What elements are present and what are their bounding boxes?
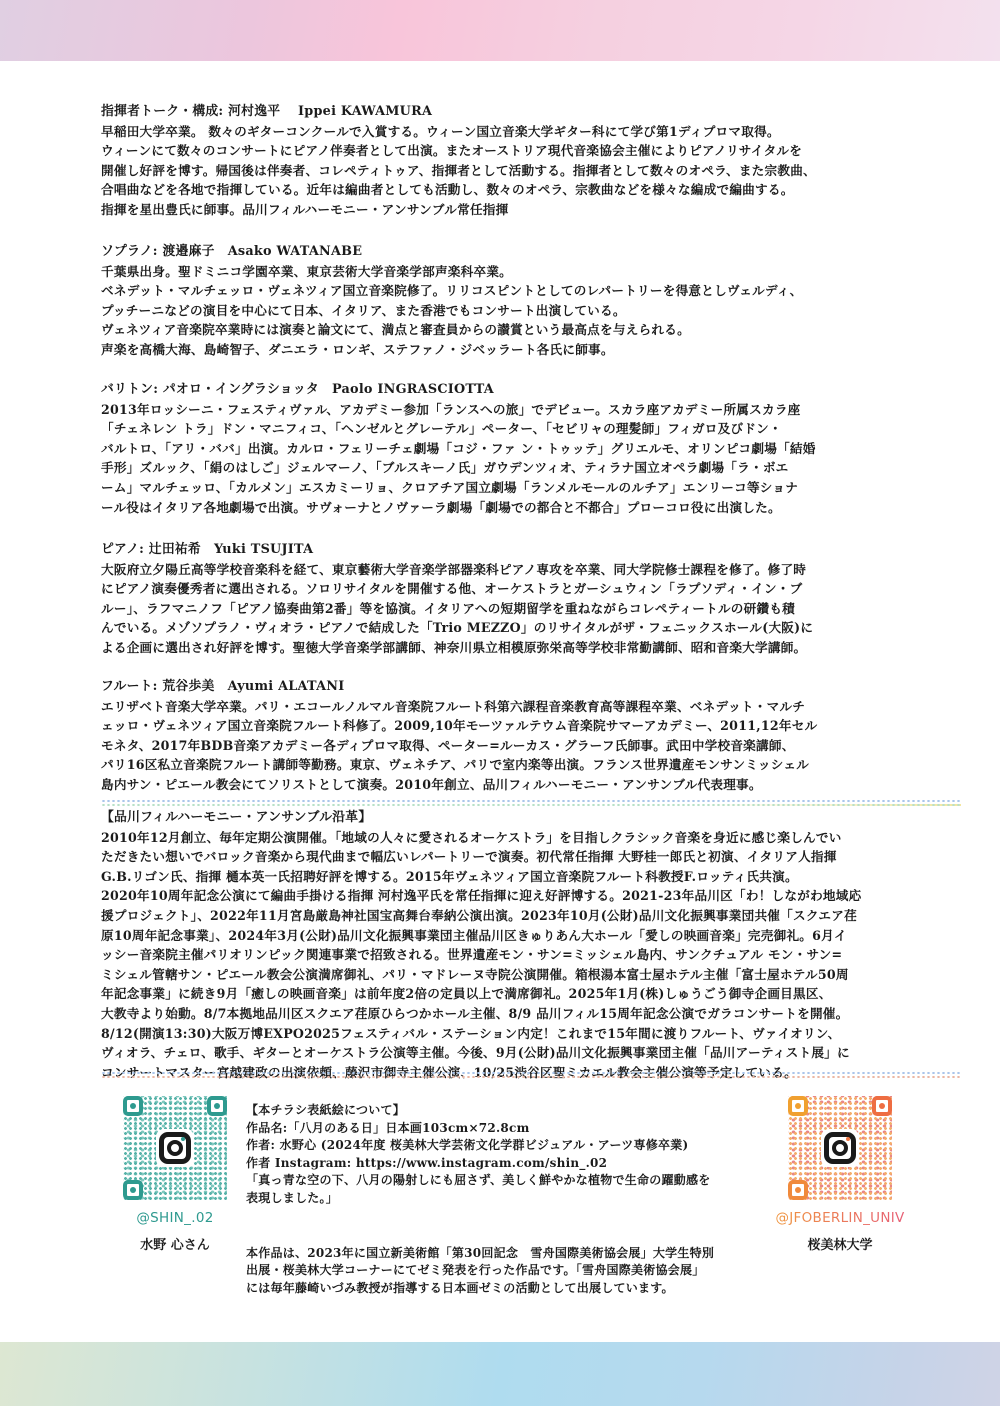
dotted-divider: [101, 1072, 961, 1078]
cover-artwork-info: 【本チラシ表紙絵について】 作品名:「八月のある日」日本画103cm×72.8c…: [246, 1102, 766, 1208]
soprano-profile: ソプラノ: 渡邉麻子 Asako WATANABE 千葉県出身。聖ドミニコ学園卒…: [101, 242, 961, 360]
exhibit-info: 本作品は、2023年に国立新美術館「第30回記念 雪舟国際美術協会展」大学生特別…: [246, 1245, 766, 1297]
history-heading: 【品川フィルハーモニー・アンサンブル沿革】: [101, 808, 961, 828]
exhibit-line: 本作品は、2023年に国立新美術館「第30回記念 雪舟国際美術協会展」大学生特別: [246, 1245, 766, 1262]
dotted-divider: [101, 800, 961, 806]
qr-caption: 水野 心さん: [100, 1234, 250, 1253]
conductor-heading: 指揮者トーク・構成: 河村逸平 Ippei KAWAMURA: [101, 102, 961, 122]
flute-heading: フルート: 荒谷歩美 Ayumi ALATANI: [101, 677, 961, 697]
piano-line: ルー」、ラフマニノフ「ピアノ協奏曲第2番」等を協演。イタリアへの短期留学を重ねな…: [101, 599, 961, 619]
history-line: 2020年10周年記念公演にて編曲手掛ける指揮 河村逸平氏を常任指揮に迎え好評博…: [101, 886, 961, 906]
history-line: ただきたい想いでバロック音楽から現代曲まで幅広いレパートリーで演奏。初代常任指揮…: [101, 847, 961, 867]
artwork-line: 作品名:「八月のある日」日本画103cm×72.8cm: [246, 1120, 766, 1138]
artwork-heading: 【本チラシ表紙絵について】: [246, 1102, 766, 1120]
flute-line: ェッロ・ヴェネツィア国立音楽院フルート科修了。2009,10年モーツァルテウム音…: [101, 716, 961, 736]
piano-line: んでいる。メゾソプラノ・ヴィオラ・ピアノで結成した「Trio MEZZO」のリサ…: [101, 618, 961, 638]
baritone-line: 手形」ズルック、「絹のはしご」ジェルマーノ、「ブルスキーノ氏」ガウデンツィオ、テ…: [101, 458, 961, 478]
baritone-heading: バリトン: パオロ・イングラショッタ Paolo INGRASCIOTTA: [101, 380, 961, 400]
artwork-line: 表現しました。」: [246, 1190, 766, 1208]
piano-line: にピアノ演奏優秀者に選出される。ソロリサイタルを開催する他、オーケストラとガーシ…: [101, 579, 961, 599]
artwork-instagram-link[interactable]: 作者 Instagram: https://www.instagram.com/…: [246, 1155, 766, 1173]
flute-line: エリザベト音楽大学卒業。パリ・エコールノルマル音楽院フルート科第六課程音楽教育高…: [101, 697, 961, 717]
piano-profile: ピアノ: 辻田祐希 Yuki TSUJITA 大阪府立夕陽丘高等学校音楽科を経て…: [101, 540, 961, 658]
conductor-line: 開催し好評を博す。帰国後は伴奏者、コレペティトゥア、指揮者として活動する。指揮者…: [101, 161, 961, 181]
qr-code-icon[interactable]: [788, 1096, 892, 1200]
baritone-line: ール役はイタリア各地劇場で出演。サヴォーナとノヴァーラ劇場「劇場での都合と不都合…: [101, 498, 961, 518]
history-line: 8/12(開演13:30)大阪万博EXPO2025フェスティバル・ステーション内…: [101, 1024, 961, 1044]
instagram-handle: @SHIN_.02: [100, 1210, 250, 1226]
artist-instagram-qr[interactable]: @SHIN_.02 水野 心さん: [100, 1096, 250, 1253]
piano-line: 大阪府立夕陽丘高等学校音楽科を経て、東京藝術大学音楽学部器楽科ピアノ専攻を卒業、…: [101, 560, 961, 580]
bottom-gradient-band: [0, 1342, 1000, 1406]
conductor-line: 指揮を星出豊氏に師事。品川フィルハーモニー・アンサンブル常任指揮: [101, 200, 961, 220]
flute-line: モネタ、2017年BDB音楽アカデミー各ディプロマ取得、ペーター=ルーカス・グラ…: [101, 736, 961, 756]
qr-code-icon[interactable]: [123, 1096, 227, 1200]
instagram-icon: [821, 1129, 859, 1167]
piano-heading: ピアノ: 辻田祐希 Yuki TSUJITA: [101, 540, 961, 560]
artwork-line: 「真っ青な空の下、八月の陽射しにも屈さず、美しく鮮やかな植物で生命の躍動感を: [246, 1172, 766, 1190]
soprano-line: ヴェネツィア音楽院卒業時には演奏と論文にて、満点と審査員からの讃賞という最高点を…: [101, 320, 961, 340]
conductor-line: 早稲田大学卒業。 数々のギターコンクールで入賞する。ウィーン国立音楽大学ギター科…: [101, 122, 961, 142]
instagram-icon: [156, 1129, 194, 1167]
soprano-line: 声楽を高橋大海、島崎智子、ダニエラ・ロンギ、ステファノ・ジベッラート各氏に師事。: [101, 340, 961, 360]
history-line: G.B.リゴン氏、指揮 樋本英一氏招聘好評を博する。2015年ヴェネツィア国立音…: [101, 867, 961, 887]
baritone-line: バルトロ、「アリ・ババ」出演。カルロ・フェリーチェ劇場「コジ・ファ ン・トゥッテ…: [101, 439, 961, 459]
artwork-line: 作者: 水野心 (2024年度 桜美林大学芸術文化学群ビジュアル・アーツ専修卒業…: [246, 1137, 766, 1155]
piano-line: よる企画に選出され好評を博す。聖徳大学音楽学部講師、神奈川県立相模原弥栄高等学校…: [101, 638, 961, 658]
conductor-profile: 指揮者トーク・構成: 河村逸平 Ippei KAWAMURA 早稲田大学卒業。 …: [101, 102, 961, 220]
baritone-profile: バリトン: パオロ・イングラショッタ Paolo INGRASCIOTTA 20…: [101, 380, 961, 517]
baritone-line: ーム」マルチェッロ、「カルメン」エスカミーリョ、クロアチア国立劇場「ランメルモー…: [101, 478, 961, 498]
flute-line: パリ16区私立音楽院フルート講師等勤務。東京、ヴェネチア、パリで室内楽等出演。フ…: [101, 755, 961, 775]
history-line: ッシー音楽院主催パリオリンピック関連事業で招致される。世界遺産モン・サン=ミッシ…: [101, 945, 961, 965]
soprano-line: ベネデット・マルチェッロ・ヴェネツィア国立音楽院修了。リリコスピントとしてのレパ…: [101, 281, 961, 301]
conductor-line: ウィーンにて数々のコンサートにピアノ伴奏者として出演。またオーストリア現代音楽協…: [101, 141, 961, 161]
history-line: ヴィオラ、チェロ、歌手、ギターとオーケストラ公演等主催。今後、9月(公財)品川文…: [101, 1043, 961, 1063]
history-line: 年記念事業」に続き9月「癒しの映画音楽」は前年度2倍の定員以上で満席御礼。202…: [101, 984, 961, 1004]
qr-caption: 桜美林大学: [765, 1234, 915, 1253]
conductor-line: 合唱曲などを各地で指揮している。近年は編曲者としても活動し、数々のオペラ、宗教曲…: [101, 180, 961, 200]
ensemble-history: 【品川フィルハーモニー・アンサンブル沿革】 2010年12月創立、毎年定期公演開…: [101, 808, 961, 1082]
soprano-heading: ソプラノ: 渡邉麻子 Asako WATANABE: [101, 242, 961, 262]
instagram-handle: @JFOBERLIN_UNIV: [765, 1210, 915, 1226]
university-instagram-qr[interactable]: @JFOBERLIN_UNIV 桜美林大学: [765, 1096, 915, 1253]
soprano-line: 千葉県出身。聖ドミニコ学園卒業、東京芸術大学音楽学部声楽科卒業。: [101, 262, 961, 282]
history-line: ミシェル管轄サン・ピエール教会公演満席御礼、パリ・マドレーヌ寺院公演開催。箱根湯…: [101, 965, 961, 985]
exhibit-line: 出展・桜美林大学コーナーにてゼミ発表を行った作品です。「雪舟国際美術協会展」: [246, 1262, 766, 1279]
flute-profile: フルート: 荒谷歩美 Ayumi ALATANI エリザベト音楽大学卒業。パリ・…: [101, 677, 961, 795]
history-line: 援プロジェクト」、2022年11月宮島厳島神社国宝高舞台奉納公演出演。2023年…: [101, 906, 961, 926]
soprano-line: プッチーニなどの演目を中心にて日本、イタリア、また香港でもコンサート出演している…: [101, 301, 961, 321]
history-line: 大教寺より始動。8/7本拠地品川区スクエア荏原ひらつかホール主催、8/9 品川フ…: [101, 1004, 961, 1024]
baritone-line: 2013年ロッシーニ・フェスティヴァル、アカデミー参加「ランスへの旅」でデビュー…: [101, 400, 961, 420]
flute-line: 島内サン・ピエール教会にてソリストとして演奏。2010年創立、品川フィルハーモニ…: [101, 775, 961, 795]
top-gradient-band: [0, 0, 1000, 61]
history-line: 2010年12月創立、毎年定期公演開催。「地域の人々に愛されるオーケストラ」を目…: [101, 828, 961, 848]
history-line: 原10周年記念事業」、2024年3月(公財)品川文化振興事業団主催品川区きゅりあ…: [101, 926, 961, 946]
baritone-line: 「チェネレン トラ」ドン・マニフィコ、「ヘンゼルとグレーテル」ペーター、「セビリ…: [101, 419, 961, 439]
exhibit-line: には毎年藤崎いづみ教授が指導する日本画ゼミの活動として出展しています。: [246, 1280, 766, 1297]
